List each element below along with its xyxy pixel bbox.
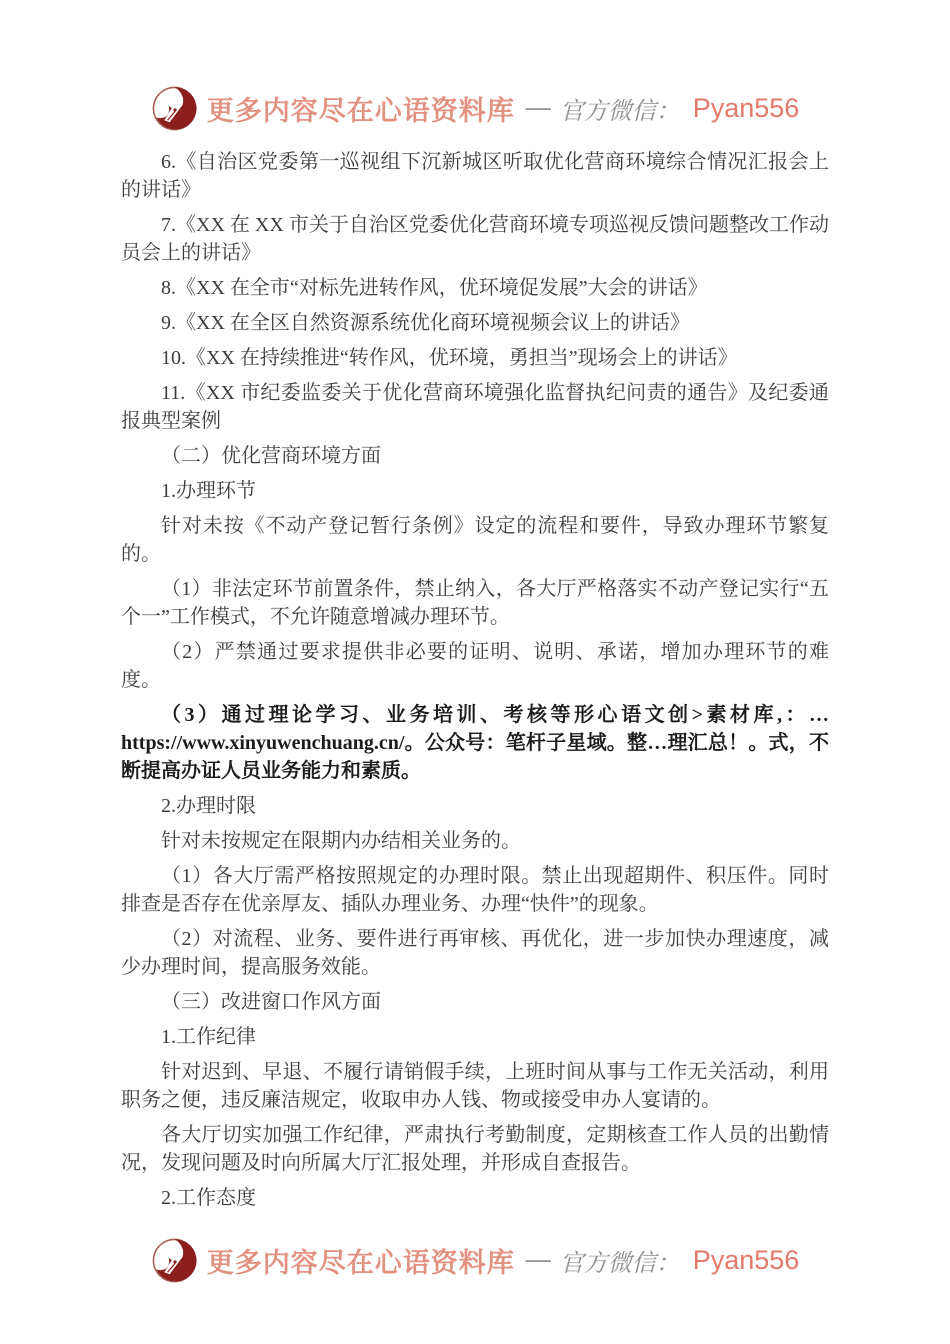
paragraph: （三）改进窗口作风方面 bbox=[121, 988, 829, 1016]
paragraph: （1）非法定环节前置条件，禁止纳入，各大厅严格落实不动产登记实行“五个一”工作模… bbox=[121, 575, 829, 631]
paragraph: 11.《XX 市纪委监委关于优化营商环境强化监督执纪问责的通告》及纪委通报典型案… bbox=[121, 379, 829, 435]
paragraph: 8.《XX 在全市“对标先进转作风，优环境促发展”大会的讲话》 bbox=[121, 274, 829, 302]
watermark-separator: — bbox=[526, 94, 551, 122]
watermark-separator: — bbox=[526, 1246, 551, 1274]
paragraph: 2.办理时限 bbox=[121, 792, 829, 820]
paragraph: 9.《XX 在全区自然资源系统优化商环境视频会议上的讲话》 bbox=[121, 309, 829, 337]
watermark-site-text: 更多内容尽在心语资料库 bbox=[207, 89, 515, 128]
document-page: 更多内容尽在心语资料库 — 官方微信： Pyan556 6.《自治区党委第一巡视… bbox=[0, 0, 950, 1344]
document-body: 6.《自治区党委第一巡视组下沉新城区听取优化营商环境综合情况汇报会上的讲话》7.… bbox=[121, 148, 829, 1212]
pen-nib-logo-icon bbox=[151, 1237, 198, 1284]
paragraph: 6.《自治区党委第一巡视组下沉新城区听取优化营商环境综合情况汇报会上的讲话》 bbox=[121, 148, 829, 204]
paragraph: 2.工作态度 bbox=[121, 1184, 829, 1212]
paragraph: 针对迟到、早退、不履行请销假手续，上班时间从事与工作无关活动，利用职务之便，违反… bbox=[121, 1058, 829, 1114]
watermark-wechat-id: Pyan556 bbox=[693, 1245, 800, 1276]
paragraph: （2）对流程、业务、要件进行再审核、再优化，进一步加快办理速度，减少办理时间，提… bbox=[121, 925, 829, 981]
paragraph: 各大厅切实加强工作纪律，严肃执行考勤制度，定期核查工作人员的出勤情况，发现问题及… bbox=[121, 1121, 829, 1177]
paragraph: 10.《XX 在持续推进“转作风，优环境，勇担当”现场会上的讲话》 bbox=[121, 344, 829, 372]
header-watermark: 更多内容尽在心语资料库 — 官方微信： Pyan556 bbox=[0, 82, 950, 134]
paragraph: （二）优化营商环境方面 bbox=[121, 442, 829, 470]
paragraph: （1）各大厅需严格按照规定的办理时限。禁止出现超期件、积压件。同时排查是否存在优… bbox=[121, 862, 829, 918]
pen-nib-logo-icon bbox=[151, 85, 198, 132]
watermark-site-text: 更多内容尽在心语资料库 bbox=[207, 1241, 515, 1280]
watermark-wechat-id: Pyan556 bbox=[693, 93, 800, 124]
paragraph: 1.办理环节 bbox=[121, 477, 829, 505]
paragraph: （3）通过理论学习、业务培训、考核等形心语文创>素材库,：…https://ww… bbox=[121, 701, 829, 785]
watermark-channel-label: 官方微信： bbox=[560, 91, 680, 126]
paragraph: 1.工作纪律 bbox=[121, 1023, 829, 1051]
watermark-channel-label: 官方微信： bbox=[560, 1243, 680, 1278]
footer-watermark: 更多内容尽在心语资料库 — 官方微信： Pyan556 bbox=[0, 1234, 950, 1286]
paragraph: 7.《XX 在 XX 市关于自治区党委优化营商环境专项巡视反馈问题整改工作动员会… bbox=[121, 211, 829, 267]
paragraph: （2）严禁通过要求提供非必要的证明、说明、承诺，增加办理环节的难度。 bbox=[121, 638, 829, 694]
paragraph: 针对未按规定在限期内办结相关业务的。 bbox=[121, 827, 829, 855]
paragraph: 针对未按《不动产登记暂行条例》设定的流程和要件，导致办理环节繁复的。 bbox=[121, 512, 829, 568]
